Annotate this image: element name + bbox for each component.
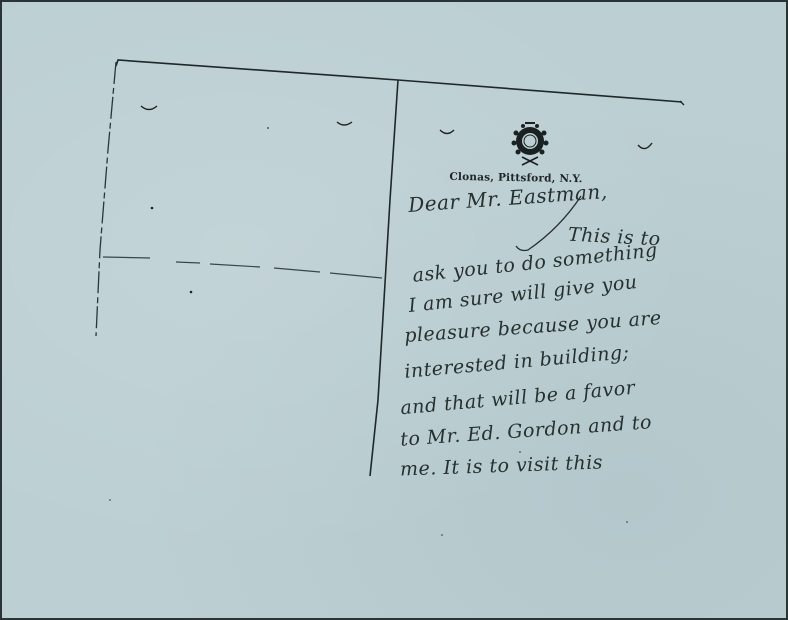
stationery-outline [0, 0, 788, 620]
floral-wreath-monogram-icon [510, 121, 550, 169]
